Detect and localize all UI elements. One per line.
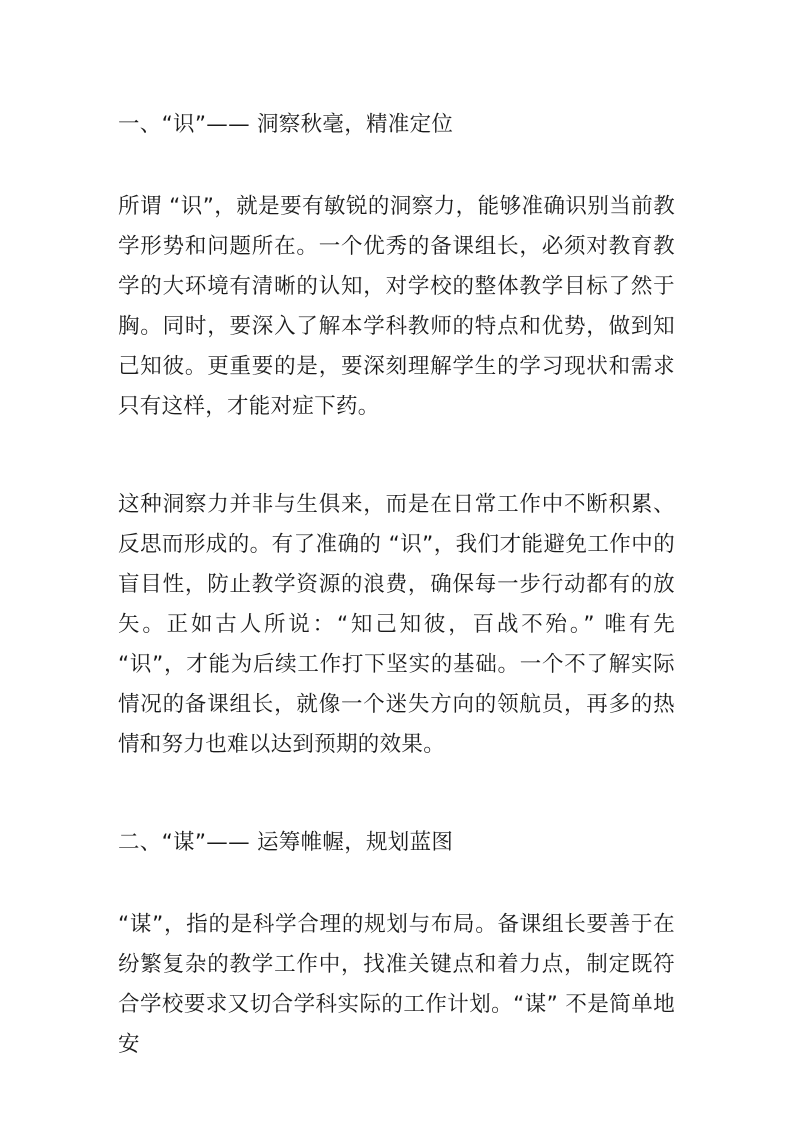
section-1-heading: 一、“识”—— 洞察秋毫，精准定位	[118, 105, 675, 145]
paragraph-3: “谋”，指的是科学合理的规划与布局。备课组长要善于在纷繁复杂的教学工作中，找准关…	[118, 905, 675, 1065]
section-2-heading: 二、“谋”—— 运筹帷幄，规划蓝图	[118, 823, 675, 863]
paragraph-2: 这种洞察力并非与生俱来，而是在日常工作中不断积累、反思而形成的。有了准确的 “识…	[118, 485, 675, 765]
article-body: 一、“识”—— 洞察秋毫，精准定位 所谓 “识”，就是要有敏锐的洞察力，能够准确…	[118, 105, 675, 1065]
paragraph-1: 所谓 “识”，就是要有敏锐的洞察力，能够准确识别当前教学形势和问题所在。一个优秀…	[118, 187, 675, 427]
document-page: 一、“识”—— 洞察秋毫，精准定位 所谓 “识”，就是要有敏锐的洞察力，能够准确…	[0, 0, 793, 1122]
